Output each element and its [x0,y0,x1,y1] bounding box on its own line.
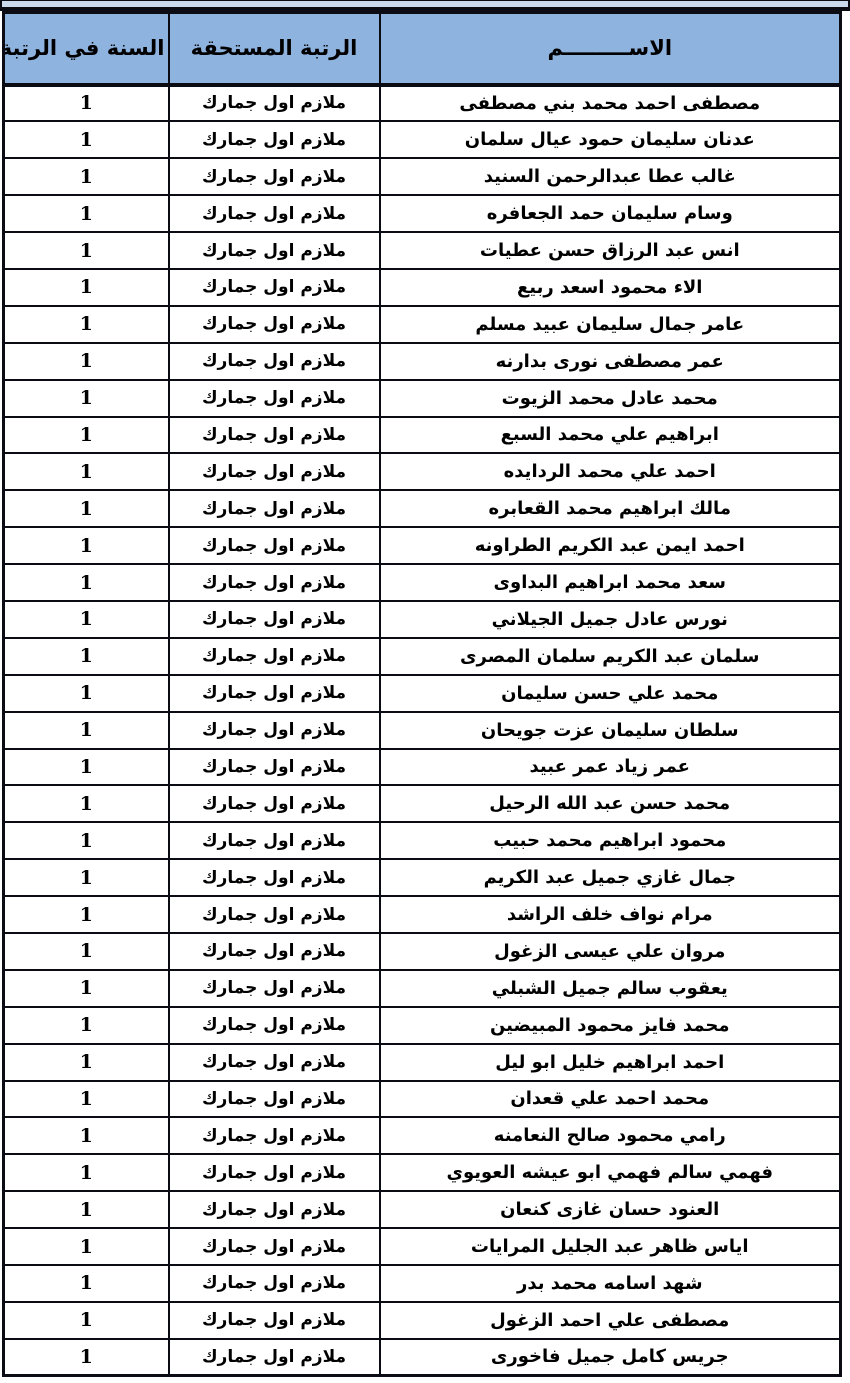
year-cell: 1 [4,933,169,970]
rank-cell: ملازم اول جمارك [169,490,380,527]
name-cell: ابراهيم علي محمد السبع [380,417,841,454]
table-row: عمر زياد عمر عبيدملازم اول جمارك1 [4,749,841,786]
table-row: عامر جمال سليمان عبيد مسلمملازم اول جمار… [4,306,841,343]
rank-cell: ملازم اول جمارك [169,417,380,454]
table-row: محمد فايز محمود المبيضينملازم اول جمارك1 [4,1007,841,1044]
year-cell: 1 [4,785,169,822]
table-row: عمر مصطفى نورى بدارنهملازم اول جمارك1 [4,343,841,380]
rank-cell: ملازم اول جمارك [169,85,380,122]
name-cell: نورس عادل جميل الجيلاني [380,601,841,638]
rank-cell: ملازم اول جمارك [169,121,380,158]
rank-cell: ملازم اول جمارك [169,195,380,232]
year-cell: 1 [4,232,169,269]
table-row: محمد عادل محمد الزيوتملازم اول جمارك1 [4,380,841,417]
table-row: ابراهيم علي محمد السبعملازم اول جمارك1 [4,417,841,454]
table-row: جمال غازي جميل عبد الكريمملازم اول جمارك… [4,859,841,896]
year-cell: 1 [4,859,169,896]
rank-cell: ملازم اول جمارك [169,158,380,195]
rank-cell: ملازم اول جمارك [169,601,380,638]
table-row: مروان علي عيسى الزغولملازم اول جمارك1 [4,933,841,970]
name-cell: جريس كامل جميل فاخورى [380,1339,841,1376]
year-cell: 1 [4,1117,169,1154]
name-cell: شهد اسامه محمد بدر [380,1265,841,1302]
name-cell: رامي محمود صالح النعامنه [380,1117,841,1154]
rank-cell: ملازم اول جمارك [169,306,380,343]
rank-cell: ملازم اول جمارك [169,675,380,712]
table-row: محمد حسن عبد الله الرحيلملازم اول جمارك1 [4,785,841,822]
table-row: وسام سليمان حمد الجعافرهملازم اول جمارك1 [4,195,841,232]
name-cell: عمر مصطفى نورى بدارنه [380,343,841,380]
table-row: الاء محمود اسعد ربيعملازم اول جمارك1 [4,269,841,306]
rank-cell: ملازم اول جمارك [169,933,380,970]
rank-cell: ملازم اول جمارك [169,1117,380,1154]
year-cell: 1 [4,453,169,490]
table-row: فهمي سالم فهمي ابو عيشه العويويملازم اول… [4,1154,841,1191]
year-cell: 1 [4,1302,169,1339]
year-cell: 1 [4,675,169,712]
year-cell: 1 [4,601,169,638]
year-cell: 1 [4,306,169,343]
year-cell: 1 [4,822,169,859]
rank-cell: ملازم اول جمارك [169,380,380,417]
rank-cell: ملازم اول جمارك [169,822,380,859]
header-name-column: الاســـــــــم [380,13,841,85]
table-row: احمد ابراهيم خليل ابو ليلملازم اول جمارك… [4,1044,841,1081]
year-cell: 1 [4,712,169,749]
year-cell: 1 [4,269,169,306]
year-cell: 1 [4,158,169,195]
rank-cell: ملازم اول جمارك [169,638,380,675]
rank-cell: ملازم اول جمارك [169,1228,380,1265]
rank-cell: ملازم اول جمارك [169,527,380,564]
personnel-table: الاســـــــــم الرتبة المستحقة السنة في … [2,11,842,1377]
table-row: رامي محمود صالح النعامنهملازم اول جمارك1 [4,1117,841,1154]
name-cell: سلطان سليمان عزت جويحان [380,712,841,749]
table-row: يعقوب سالم جميل الشبليملازم اول جمارك1 [4,970,841,1007]
table-row: سعد محمد ابراهيم البداوىملازم اول جمارك1 [4,564,841,601]
name-cell: غالب عطا عبدالرحمن السنيد [380,158,841,195]
name-cell: محمد علي حسن سليمان [380,675,841,712]
year-cell: 1 [4,417,169,454]
year-cell: 1 [4,1191,169,1228]
year-cell: 1 [4,749,169,786]
top-strip [0,0,850,11]
table-row: شهد اسامه محمد بدرملازم اول جمارك1 [4,1265,841,1302]
year-cell: 1 [4,1007,169,1044]
name-cell: الاء محمود اسعد ربيع [380,269,841,306]
rank-cell: ملازم اول جمارك [169,749,380,786]
name-cell: عمر زياد عمر عبيد [380,749,841,786]
rank-cell: ملازم اول جمارك [169,1007,380,1044]
table-row: احمد علي محمد الردايدهملازم اول جمارك1 [4,453,841,490]
header-row: الاســـــــــم الرتبة المستحقة السنة في … [4,13,841,85]
table-row: محمد علي حسن سليمانملازم اول جمارك1 [4,675,841,712]
rank-cell: ملازم اول جمارك [169,232,380,269]
table-body: مصطفى احمد محمد بني مصطفىملازم اول جمارك… [4,85,841,1376]
year-cell: 1 [4,1044,169,1081]
table-row: احمد ايمن عبد الكريم الطراونهملازم اول ج… [4,527,841,564]
table-row: مصطفى احمد محمد بني مصطفىملازم اول جمارك… [4,85,841,122]
year-cell: 1 [4,564,169,601]
rank-cell: ملازم اول جمارك [169,1154,380,1191]
rank-cell: ملازم اول جمارك [169,712,380,749]
rank-cell: ملازم اول جمارك [169,1081,380,1118]
name-cell: سلمان عبد الكريم سلمان المصرى [380,638,841,675]
name-cell: احمد ايمن عبد الكريم الطراونه [380,527,841,564]
year-cell: 1 [4,380,169,417]
table-row: مرام نواف خلف الراشدملازم اول جمارك1 [4,896,841,933]
table-row: مصطفى علي احمد الزغولملازم اول جمارك1 [4,1302,841,1339]
rank-cell: ملازم اول جمارك [169,1302,380,1339]
name-cell: سعد محمد ابراهيم البداوى [380,564,841,601]
year-cell: 1 [4,1228,169,1265]
table-row: محمد احمد علي قعدانملازم اول جمارك1 [4,1081,841,1118]
rank-cell: ملازم اول جمارك [169,1044,380,1081]
table-row: العنود حسان غازى كنعانملازم اول جمارك1 [4,1191,841,1228]
name-cell: محمد احمد علي قعدان [380,1081,841,1118]
header-year-column: السنة في الرتبة [4,13,169,85]
name-cell: جمال غازي جميل عبد الكريم [380,859,841,896]
table-row: مالك ابراهيم محمد القعابرهملازم اول جمار… [4,490,841,527]
header-rank-column: الرتبة المستحقة [169,13,380,85]
table-row: اياس ظاهر عبد الجليل المراياتملازم اول ج… [4,1228,841,1265]
name-cell: مروان علي عيسى الزغول [380,933,841,970]
rank-cell: ملازم اول جمارك [169,453,380,490]
year-cell: 1 [4,343,169,380]
year-cell: 1 [4,490,169,527]
table-row: جريس كامل جميل فاخورىملازم اول جمارك1 [4,1339,841,1376]
name-cell: محمد حسن عبد الله الرحيل [380,785,841,822]
name-cell: انس عبد الرزاق حسن عطيات [380,232,841,269]
year-cell: 1 [4,1265,169,1302]
name-cell: العنود حسان غازى كنعان [380,1191,841,1228]
rank-cell: ملازم اول جمارك [169,896,380,933]
name-cell: مصطفى احمد محمد بني مصطفى [380,85,841,122]
name-cell: فهمي سالم فهمي ابو عيشه العويوي [380,1154,841,1191]
name-cell: محمد عادل محمد الزيوت [380,380,841,417]
year-cell: 1 [4,85,169,122]
name-cell: محمد فايز محمود المبيضين [380,1007,841,1044]
rank-cell: ملازم اول جمارك [169,1339,380,1376]
year-cell: 1 [4,896,169,933]
rank-cell: ملازم اول جمارك [169,564,380,601]
table-row: نورس عادل جميل الجيلانيملازم اول جمارك1 [4,601,841,638]
rank-cell: ملازم اول جمارك [169,785,380,822]
year-cell: 1 [4,1154,169,1191]
table-row: انس عبد الرزاق حسن عطياتملازم اول جمارك1 [4,232,841,269]
year-cell: 1 [4,1339,169,1376]
name-cell: يعقوب سالم جميل الشبلي [380,970,841,1007]
name-cell: وسام سليمان حمد الجعافره [380,195,841,232]
rank-cell: ملازم اول جمارك [169,859,380,896]
year-cell: 1 [4,1081,169,1118]
year-cell: 1 [4,121,169,158]
name-cell: اياس ظاهر عبد الجليل المرايات [380,1228,841,1265]
rank-cell: ملازم اول جمارك [169,1191,380,1228]
name-cell: احمد ابراهيم خليل ابو ليل [380,1044,841,1081]
rank-cell: ملازم اول جمارك [169,343,380,380]
name-cell: احمد علي محمد الردايده [380,453,841,490]
year-cell: 1 [4,638,169,675]
name-cell: عدنان سليمان حمود عيال سلمان [380,121,841,158]
year-cell: 1 [4,195,169,232]
rank-cell: ملازم اول جمارك [169,269,380,306]
table-row: سلمان عبد الكريم سلمان المصرىملازم اول ج… [4,638,841,675]
name-cell: مالك ابراهيم محمد القعابره [380,490,841,527]
year-cell: 1 [4,970,169,1007]
table-row: عدنان سليمان حمود عيال سلمانملازم اول جم… [4,121,841,158]
year-cell: 1 [4,527,169,564]
table-row: سلطان سليمان عزت جويحانملازم اول جمارك1 [4,712,841,749]
document-page: الاســـــــــم الرتبة المستحقة السنة في … [0,0,850,1383]
table-row: غالب عطا عبدالرحمن السنيدملازم اول جمارك… [4,158,841,195]
rank-cell: ملازم اول جمارك [169,1265,380,1302]
name-cell: مصطفى علي احمد الزغول [380,1302,841,1339]
table-row: محمود ابراهيم محمد حبيبملازم اول جمارك1 [4,822,841,859]
name-cell: مرام نواف خلف الراشد [380,896,841,933]
name-cell: محمود ابراهيم محمد حبيب [380,822,841,859]
rank-cell: ملازم اول جمارك [169,970,380,1007]
name-cell: عامر جمال سليمان عبيد مسلم [380,306,841,343]
